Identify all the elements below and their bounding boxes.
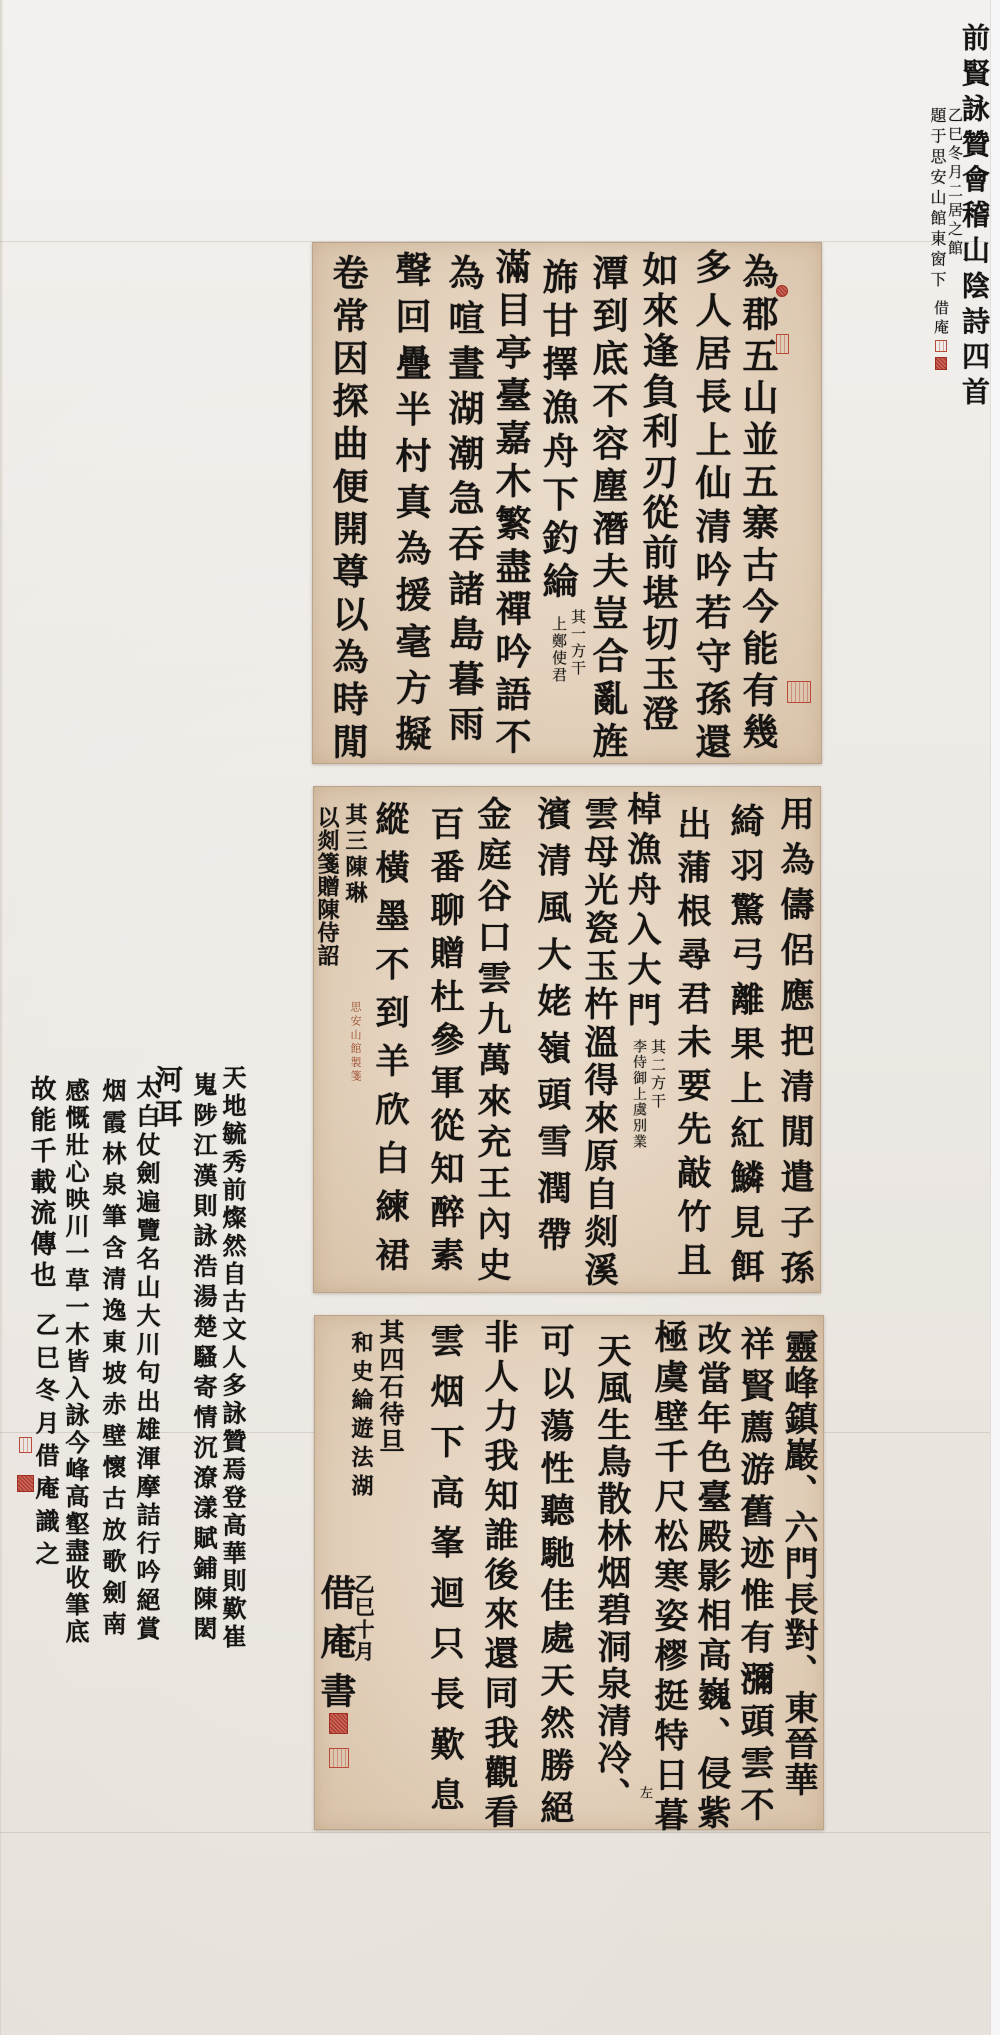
- poem-heading: 其四石待旦: [378, 1319, 403, 1453]
- poem-column: 多人居長上仙清吟若守孫還: [693, 248, 729, 759]
- poem-panel-1: 為郡五山並五寨古今能有幾 多人居長上仙清吟若守孫還 如來逢負利刃從前堪切玉澄 潭…: [312, 242, 822, 764]
- poem-column: 為郡五山並五寨古今能有幾: [740, 253, 776, 749]
- poem-column: 金庭谷口雲九萬來充王內史: [474, 796, 508, 1281]
- name-seal: [329, 1713, 348, 1734]
- poem-column: 雲母光瓷玉杵溫得來原自剡溪: [581, 796, 615, 1286]
- poem-attribution: 李侍御上虞別業: [632, 1039, 646, 1148]
- poem-column: 天風生鳥散林烟碧洞泉清冷、: [594, 1333, 628, 1811]
- poem-column: 縱橫墨不到羊欣白練裙: [372, 801, 406, 1271]
- colophon-column: 故能千載流傳也: [28, 1075, 54, 1287]
- poem-column: 為喧晝湖潮急吞諸島暮雨: [446, 254, 482, 741]
- calligraphy-scroll: 前賢詠贊會稽山陰詩四首 乙巳冬月二居之館 題于思安山館東窗下 借庵 為郡五山並五…: [0, 0, 1000, 2035]
- poem-column: 出蒲根尋君未要先敲竹且: [674, 806, 708, 1276]
- poem-attribution: 上鄭使君: [551, 616, 566, 682]
- poem-panel-2: 用為儔侶應把清閒遣子孫 綺羽驚弓離果上紅鱗見餌 出蒲根尋君未要先敲竹且 棹漁舟入…: [313, 786, 821, 1293]
- poem-column: 棹漁舟入大門: [624, 791, 658, 1026]
- title-signature: 借庵: [933, 300, 948, 334]
- colophon-seal-2: [17, 1475, 34, 1492]
- artist-signature: 借庵書: [318, 1574, 354, 1708]
- poem-column: 雲烟下高峯迴只長歎息: [427, 1323, 461, 1811]
- title-inscription-date: 乙巳冬月二居之館: [947, 107, 962, 255]
- title-seal-1: [935, 340, 947, 352]
- colophon-column: 嵬陟江漢則詠浩湯楚騷寄情沉潦漾賦鋪陳閎: [191, 1072, 215, 1640]
- colophon-column: 太白仗劍遍覽名山大川句出雄渾摩詰行吟絕賞: [134, 1075, 158, 1640]
- poem-column: 極虞壁千尺松寒姿樛挺特日暮: [651, 1319, 685, 1831]
- poem-column: 聲回疊半村真為援毫方擬: [393, 251, 429, 751]
- poem-column: 如來逢負利刃從前堪切玉澄: [640, 251, 676, 731]
- poem-column: 靈峰鎮巖、六門長對、東晉華: [781, 1329, 815, 1796]
- paper-left-edge: [0, 0, 3, 2035]
- correction-mark: 左: [638, 1786, 651, 1800]
- poem-column: 改當年色臺殿影相高巍、侵紫: [694, 1321, 728, 1829]
- poem-column: 可以蕩性聽馳佳處天然勝絕: [537, 1323, 571, 1824]
- leisure-seal: [776, 285, 788, 297]
- poem-column: 旆甘擇漁舟下釣綸: [540, 258, 576, 598]
- colophon-column: 感慨壯心映川一草一木皆入詠今峰高壑盡收筆底: [63, 1078, 87, 1643]
- colophon-signature: 乙巳冬月借庵識之: [33, 1312, 57, 1565]
- corner-seal: [787, 681, 811, 703]
- poem-heading: 和史綸遊法湖: [350, 1331, 372, 1496]
- colophon-seal-1: [19, 1437, 32, 1453]
- paper-maker-mark: 思安山館製箋: [350, 1001, 361, 1081]
- poem-column: 非人力我知誰後來還同我觀看: [481, 1319, 515, 1828]
- colophon-column: 天地毓秀前燦然自古文人多詠贊焉登高華則歎崔: [220, 1065, 244, 1648]
- poem-column: 卷常因探曲便開尊以為時閒: [330, 254, 366, 759]
- poem-panel-3: 靈峰鎮巖、六門長對、東晉華 祥賢薦游舊迹惟有瀰頭雲不 改當年色臺殿影相高巍、侵紫…: [314, 1315, 824, 1830]
- poem-attribution: 其二方干: [650, 1039, 665, 1108]
- poem-column: 滿目亭臺嘉木繁盡禪吟語不: [493, 248, 529, 754]
- title-seal-2: [935, 357, 947, 370]
- leisure-seal: [776, 334, 789, 354]
- poem-column: 百番聊贈杜參軍從知醉素: [427, 806, 461, 1271]
- poem-column: 潭到底不容塵潛夫豈合亂旌: [590, 254, 626, 758]
- poem-attribution: 其一方干: [570, 609, 585, 675]
- background-wall: [990, 0, 1000, 2035]
- poem-heading: 以剡箋贈陳侍詔: [316, 806, 338, 966]
- colophon-column: 烟霞林泉筆含清逸東坡赤壁懷古放歌劍南: [100, 1078, 124, 1635]
- poem-column: 綺羽驚弓離果上紅鱗見餌: [727, 803, 761, 1283]
- poem-column: 祥賢薦游舊迹惟有瀰頭雲不: [737, 1326, 771, 1821]
- scroll-title: 前賢詠贊會稽山陰詩四首: [960, 23, 988, 405]
- paper-seam: [0, 1832, 990, 1833]
- name-seal: [329, 1748, 349, 1768]
- poem-heading: 其三陳琳: [344, 803, 366, 903]
- poem-column: 濱清風大姥嶺頭雪潤帶: [534, 796, 568, 1251]
- poem-column: 用為儔侶應把清閒遣子孫: [777, 796, 811, 1284]
- title-inscription-place: 題于思安山館東窗下: [929, 107, 945, 287]
